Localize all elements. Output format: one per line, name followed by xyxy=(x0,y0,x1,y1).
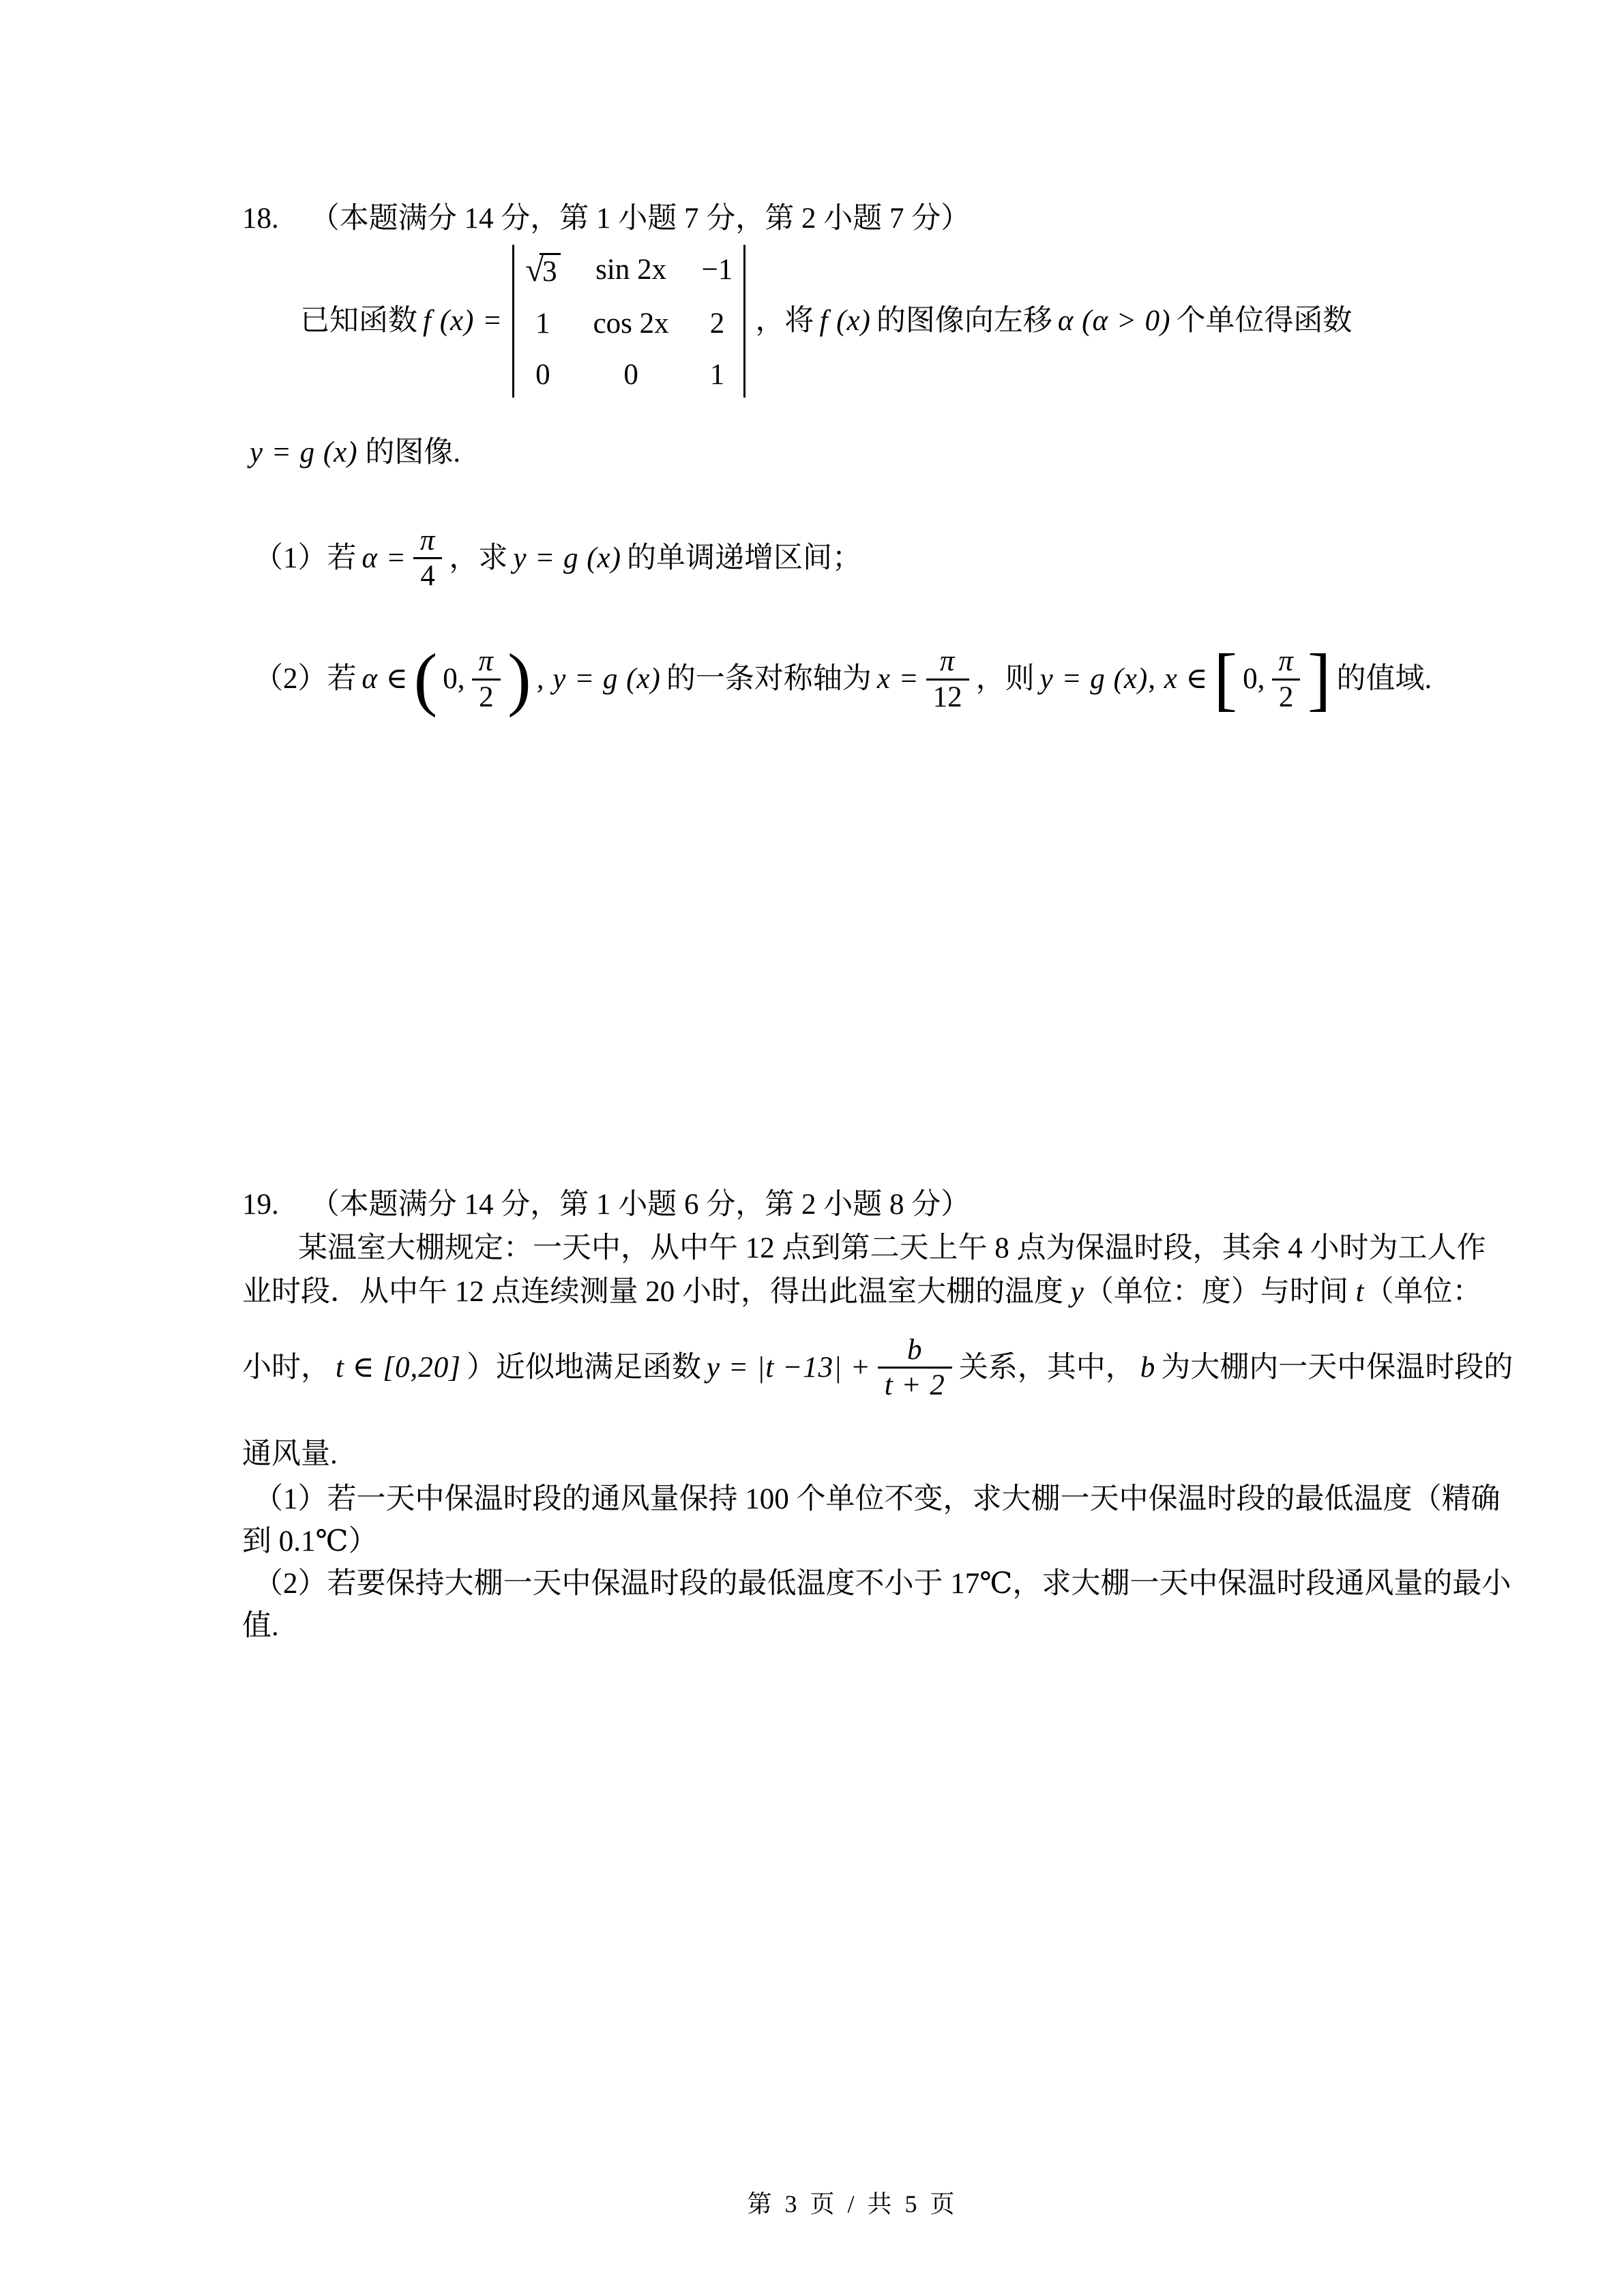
frac-numerator: π xyxy=(472,644,501,678)
fraction-b-t2: b t + 2 xyxy=(878,1333,952,1403)
q18-header: 18.（本题满分 14 分，第 1 小题 7 分，第 2 小题 7 分） xyxy=(242,199,970,239)
big-bracket-open: [ xyxy=(1213,644,1237,715)
det-grid: √ 3 sin 2x −1 1 cos 2x 2 0 0 1 xyxy=(514,245,743,398)
q19-title: （本题满分 14 分，第 1 小题 6 分，第 2 小题 8 分） xyxy=(310,1189,971,1221)
q19-para-line2: 业时段．从中午 12 点连续测量 20 小时，得出此温室大棚的温度 y（单位：度… xyxy=(242,1272,1482,1312)
q18-part1-math: y = g (x) xyxy=(513,539,621,578)
frac-denominator: t + 2 xyxy=(878,1367,952,1402)
frac-numerator: π xyxy=(933,644,962,678)
q19-var-b: b xyxy=(1140,1348,1156,1388)
q19-var-y: y xyxy=(1071,1276,1084,1308)
det-right-bar xyxy=(743,245,745,398)
q18-number: 18. xyxy=(242,203,279,235)
q18-given-prefix: 已知函数 xyxy=(300,301,417,341)
frac-denominator: 2 xyxy=(1272,679,1301,714)
q19-t-domain: t ∈ [0,20] xyxy=(336,1348,461,1388)
q18-graph-text: 的图像. xyxy=(358,436,461,468)
q18-part1-alpha-eq: α = xyxy=(362,539,407,578)
q18-part2-mid1: , y = g (x) xyxy=(537,659,661,699)
fraction-pi-2: π 2 xyxy=(472,644,501,714)
det-cell-sqrt3: √ 3 xyxy=(525,253,560,287)
q18-part2-mid2: ，则 xyxy=(976,659,1035,699)
exam-page: 18.（本题满分 14 分，第 1 小题 7 分，第 2 小题 7 分） 已知函… xyxy=(0,0,1624,2296)
q19-part1-text2: 到 0.1℃） xyxy=(242,1525,378,1557)
q19-part2-text1: （2）若要保持大棚一天中保温时段的最低温度不小于 17℃，求大棚一天中保温时段通… xyxy=(254,1568,1511,1600)
q18-given-line: 已知函数 f (x) = √ 3 sin 2x −1 1 cos 2x 2 0 … xyxy=(300,240,1352,402)
q19-para-line1-text: 某温室大棚规定：一天中，从中午 12 点到第二天上午 8 点为保温时段，其余 4… xyxy=(298,1232,1486,1264)
q19-part1-line1: （1）若一天中保温时段的通风量保持 100 个单位不变，求大棚一天中保温时段的最… xyxy=(254,1480,1501,1519)
q19-function-lhs: y = |t −13| + xyxy=(707,1348,871,1388)
det-cell: sin 2x xyxy=(595,255,666,284)
q19-part1-text1: （1）若一天中保温时段的通风量保持 100 个单位不变，求大棚一天中保温时段的最… xyxy=(254,1483,1501,1515)
det-cell: 1 xyxy=(710,360,725,389)
q19-part2-line1: （2）若要保持大棚一天中保温时段的最低温度不小于 17℃，求大棚一天中保温时段通… xyxy=(254,1564,1511,1604)
q19-line2-c: （单位： xyxy=(1365,1276,1482,1308)
q19-para-line4: 通风量. xyxy=(242,1435,338,1474)
fraction-pi-2b: π 2 xyxy=(1271,644,1301,714)
det-cell: 0 xyxy=(623,360,638,389)
q18-given-tail: 个单位得函数 xyxy=(1176,301,1352,341)
q19-part1-line2: 到 0.1℃） xyxy=(242,1522,378,1562)
radicand: 3 xyxy=(540,253,561,287)
q18-given-mid: 的图像向左移 xyxy=(876,301,1052,341)
q19-para-line1: 某温室大棚规定：一天中，从中午 12 点到第二天上午 8 点为保温时段，其余 4… xyxy=(298,1229,1486,1268)
q18-part1-tail: 的单调递增区间； xyxy=(627,539,861,578)
q18-part1: （1）若 α = π 4 ，求 y = g (x) 的单调递增区间； xyxy=(254,524,861,593)
q18-part2-x-eq: x = xyxy=(877,659,919,699)
q19-line2-a: 业时段．从中午 12 点连续测量 20 小时，得出此温室大棚的温度 xyxy=(242,1276,1071,1308)
q18-part1-mid: ，求 xyxy=(449,539,507,578)
det-cell: −1 xyxy=(702,255,733,284)
big-paren-open: ( xyxy=(414,644,438,715)
q18-graph-line: y = g (x) 的图像. xyxy=(250,433,460,473)
q18-part2-text1: 的一条对称轴为 xyxy=(666,659,872,699)
q19-line4-text: 通风量. xyxy=(242,1438,338,1470)
q18-part2-zero2: 0, xyxy=(1243,659,1265,699)
q18-fx-equals: f (x) = xyxy=(423,301,503,341)
q19-line3-c: 关系，其中， xyxy=(959,1348,1135,1388)
q18-alpha-cond: α (α > 0) xyxy=(1058,301,1171,341)
frac-denominator: 2 xyxy=(472,679,501,714)
q19-line3-d: 为大棚内一天中保温时段的 xyxy=(1161,1348,1513,1388)
q18-given-comma: ，将 xyxy=(755,301,814,341)
q18-fx: f (x) xyxy=(819,301,870,341)
q19-part2-text2: 值. xyxy=(242,1610,279,1642)
big-paren-close: ) xyxy=(507,644,531,715)
q19-number: 19. xyxy=(242,1189,279,1221)
q19-line3-b: ）近似地满足函数 xyxy=(467,1348,701,1388)
q19-part2-line2: 值. xyxy=(242,1607,279,1646)
q18-part2-alpha-in: α ∈ xyxy=(362,659,409,699)
q18-part2: （2）若 α ∈ ( 0, π 2 ) , y = g (x) 的一条对称轴为 … xyxy=(254,644,1432,715)
q19-line3-a: 小时， xyxy=(242,1348,330,1388)
frac-denominator: 4 xyxy=(413,557,442,593)
q19-var-t: t xyxy=(1356,1276,1365,1308)
det-cell: cos 2x xyxy=(593,309,669,338)
determinant: √ 3 sin 2x −1 1 cos 2x 2 0 0 1 xyxy=(512,245,745,398)
q19-para-line3: 小时， t ∈ [0,20] ）近似地满足函数 y = |t −13| + b … xyxy=(242,1333,1513,1403)
q18-part1-label: （1）若 xyxy=(254,539,357,578)
frac-denominator: 12 xyxy=(926,679,969,714)
q18-title: （本题满分 14 分，第 1 小题 7 分，第 2 小题 7 分） xyxy=(310,203,971,235)
q19-header: 19.（本题满分 14 分，第 1 小题 6 分，第 2 小题 8 分） xyxy=(242,1185,970,1225)
q19-line2-b: （单位：度）与时间 xyxy=(1084,1276,1356,1308)
fraction-pi-4: π 4 xyxy=(413,524,443,593)
det-cell: 0 xyxy=(535,360,550,389)
q18-part2-label: （2）若 xyxy=(254,659,357,699)
frac-numerator: b xyxy=(900,1333,930,1367)
q18-graph-math: y = g (x) xyxy=(250,436,358,468)
q18-part2-math2: y = g (x), x ∈ xyxy=(1040,659,1209,699)
fraction-pi-12: π 12 xyxy=(926,644,969,714)
big-bracket-close: ] xyxy=(1308,644,1331,715)
det-cell: 1 xyxy=(535,309,550,338)
page-footer: 第 3 页 / 共 5 页 xyxy=(242,2188,1463,2221)
q18-part2-tail: 的值域. xyxy=(1337,659,1432,699)
frac-numerator: π xyxy=(413,524,443,557)
frac-numerator: π xyxy=(1271,644,1301,678)
q18-part2-zero: 0, xyxy=(443,659,464,699)
det-cell: 2 xyxy=(710,309,725,338)
